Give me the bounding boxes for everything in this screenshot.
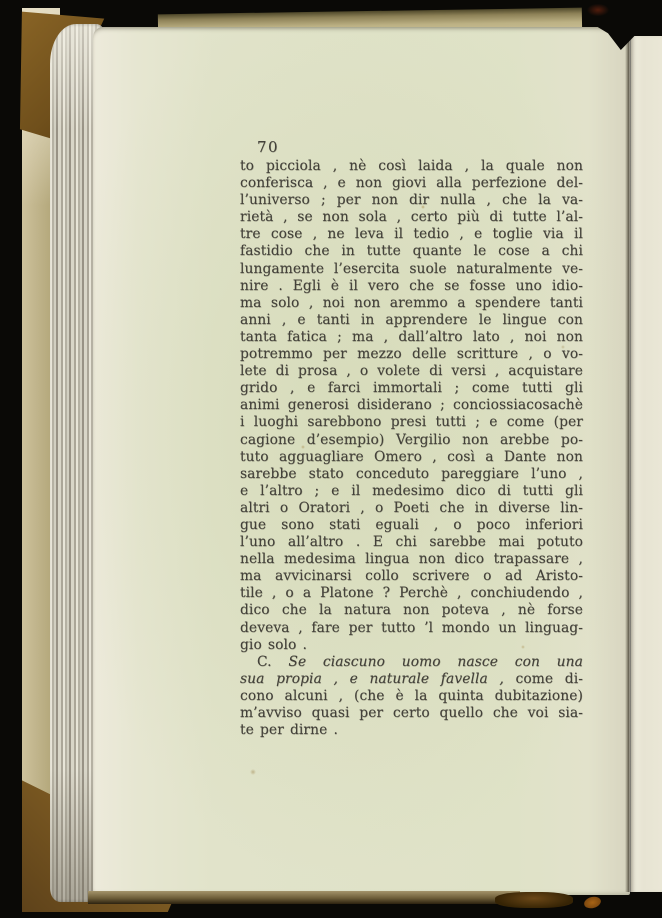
text-segment: nella medesima lingua non dico trapassar… bbox=[240, 551, 583, 567]
text-line: l’universo ; per non dir nulla , che la … bbox=[240, 192, 583, 209]
text-segment: anni , e tanti in apprendere le lingue c… bbox=[240, 312, 583, 328]
page-text-block: 70 to picciola , nè così laida , la qual… bbox=[240, 139, 583, 739]
text-line: e l’altro ; e il medesimo dico di tutti … bbox=[240, 483, 583, 500]
cover-bottom-edge bbox=[88, 891, 520, 904]
text-segment: conferisca , e non giovi alla perfezione… bbox=[240, 175, 583, 191]
text-segment: come di- bbox=[504, 671, 583, 687]
text-segment: te per dirne . bbox=[240, 722, 338, 738]
text-line: gue sono stati eguali , o poco inferiori bbox=[240, 517, 583, 534]
leather-fragment-small bbox=[583, 895, 602, 910]
text-line: anni , e tanti in apprendere le lingue c… bbox=[240, 312, 583, 329]
text-segment: potremmo per mezzo delle scritture , o v… bbox=[240, 346, 583, 362]
text-line: grido , e farci immortali ; come tutti g… bbox=[240, 380, 583, 397]
text-segment: i luoghi sarebbono presi tutti ; e come … bbox=[240, 414, 583, 430]
text-line: l’uno all’altro . E chi sarebbe mai potu… bbox=[240, 534, 583, 551]
text-line: fastidio che in tutte quante le cose a c… bbox=[240, 243, 583, 260]
text-line: to picciola , nè così laida , la quale n… bbox=[240, 158, 583, 175]
text-segment: rietà , se non sola , certo più di tutte… bbox=[240, 209, 583, 225]
text-line: conferisca , e non giovi alla perfezione… bbox=[240, 175, 583, 192]
text-line: C. Se ciascuno uomo nasce con una bbox=[240, 654, 583, 671]
text-line: te per dirne . bbox=[240, 722, 583, 739]
text-segment: altri o Oratori , o Poeti che in diverse… bbox=[240, 500, 583, 516]
text-segment: e l’altro ; e il medesimo dico di tutti … bbox=[240, 483, 583, 499]
text-segment: fastidio che in tutte quante le cose a c… bbox=[240, 243, 583, 259]
text-line: nire . Egli è il vero che se fosse uno i… bbox=[240, 278, 583, 295]
text-line: m’avviso quasi per certo quello che voi … bbox=[240, 705, 583, 722]
text-segment: to picciola , nè così laida , la quale n… bbox=[240, 158, 583, 174]
book-page: 70 to picciola , nè così laida , la qual… bbox=[93, 27, 630, 895]
text-segment: l’universo ; per non dir nulla , che la … bbox=[240, 192, 583, 208]
text-line: altri o Oratori , o Poeti che in diverse… bbox=[240, 500, 583, 517]
text-line: tuto agguagliare Omero , così a Dante no… bbox=[240, 449, 583, 466]
text-segment: lete di prosa , o volete di versi , acqu… bbox=[240, 363, 583, 379]
text-segment: lungamente l’esercita suole naturalmente… bbox=[240, 261, 583, 277]
text-segment: l’uno all’altro . E chi sarebbe mai potu… bbox=[240, 534, 583, 550]
text-line: tre cose , ne leva il tedio , e toglie v… bbox=[240, 226, 583, 243]
text-segment: C. bbox=[257, 654, 288, 670]
facing-page-edge bbox=[631, 36, 662, 892]
text-line: cagione d’esempio) Vergilio non arebbe p… bbox=[240, 432, 583, 449]
text-line: tanta fatica ; ma , dall’altro lato , no… bbox=[240, 329, 583, 346]
text-segment: cono alcuni , (che è la quinta dubitazio… bbox=[240, 688, 583, 704]
text-segment: Se ciascuno uomo nasce con una bbox=[288, 654, 583, 670]
text-segment: gio solo . bbox=[240, 637, 307, 653]
text-segment: grido , e farci immortali ; come tutti g… bbox=[240, 380, 583, 396]
text-segment: m’avviso quasi per certo quello che voi … bbox=[240, 705, 583, 721]
text-segment: tre cose , ne leva il tedio , e toglie v… bbox=[240, 226, 583, 242]
text-line: sarebbe stato conceduto pareggiare l’uno… bbox=[240, 466, 583, 483]
text-segment: deveva , fare per tutto ’l mondo un ling… bbox=[240, 620, 583, 636]
text-line: gio solo . bbox=[240, 637, 583, 654]
text-segment: tile , o a Platone ? Perchè , conchiuden… bbox=[240, 585, 583, 601]
text-segment: ma avvicinarsi collo scrivere o ad Arist… bbox=[240, 568, 583, 584]
text-line: sua propia , e naturale favella , come d… bbox=[240, 671, 583, 688]
text-lines: to picciola , nè così laida , la quale n… bbox=[240, 158, 583, 739]
text-segment: sarebbe stato conceduto pareggiare l’uno… bbox=[240, 466, 583, 482]
text-line: potremmo per mezzo delle scritture , o v… bbox=[240, 346, 583, 363]
book-scan-photo: 70 to picciola , nè così laida , la qual… bbox=[0, 0, 662, 918]
text-line: dico che la natura non poteva , nè forse bbox=[240, 602, 583, 619]
text-line: ma solo , noi non aremmo a spendere tant… bbox=[240, 295, 583, 312]
text-line: lungamente l’esercita suole naturalmente… bbox=[240, 261, 583, 278]
text-line: animi generosi disiderano ; conciossiaco… bbox=[240, 397, 583, 414]
text-segment: sua propia , e naturale favella , bbox=[240, 671, 504, 687]
text-line: cono alcuni , (che è la quinta dubitazio… bbox=[240, 688, 583, 705]
text-line: nella medesima lingua non dico trapassar… bbox=[240, 551, 583, 568]
text-segment: tanta fatica ; ma , dall’altro lato , no… bbox=[240, 329, 583, 345]
text-segment: nire . Egli è il vero che se fosse uno i… bbox=[240, 278, 583, 294]
text-segment: cagione d’esempio) Vergilio non arebbe p… bbox=[240, 432, 583, 448]
leather-fragment-bottom bbox=[495, 892, 573, 908]
page-number: 70 bbox=[257, 139, 583, 156]
text-line: deveva , fare per tutto ’l mondo un ling… bbox=[240, 620, 583, 637]
text-segment: dico che la natura non poteva , nè forse bbox=[240, 602, 583, 618]
text-segment: tuto agguagliare Omero , così a Dante no… bbox=[240, 449, 583, 465]
text-line: lete di prosa , o volete di versi , acqu… bbox=[240, 363, 583, 380]
text-line: tile , o a Platone ? Perchè , conchiuden… bbox=[240, 585, 583, 602]
text-line: rietà , se non sola , certo più di tutte… bbox=[240, 209, 583, 226]
text-line: ma avvicinarsi collo scrivere o ad Arist… bbox=[240, 568, 583, 585]
text-segment: ma solo , noi non aremmo a spendere tant… bbox=[240, 295, 583, 311]
text-segment: animi generosi disiderano ; conciossiaco… bbox=[240, 397, 583, 413]
text-segment: gue sono stati eguali , o poco inferiori bbox=[240, 517, 583, 533]
text-line: i luoghi sarebbono presi tutti ; e come … bbox=[240, 414, 583, 431]
